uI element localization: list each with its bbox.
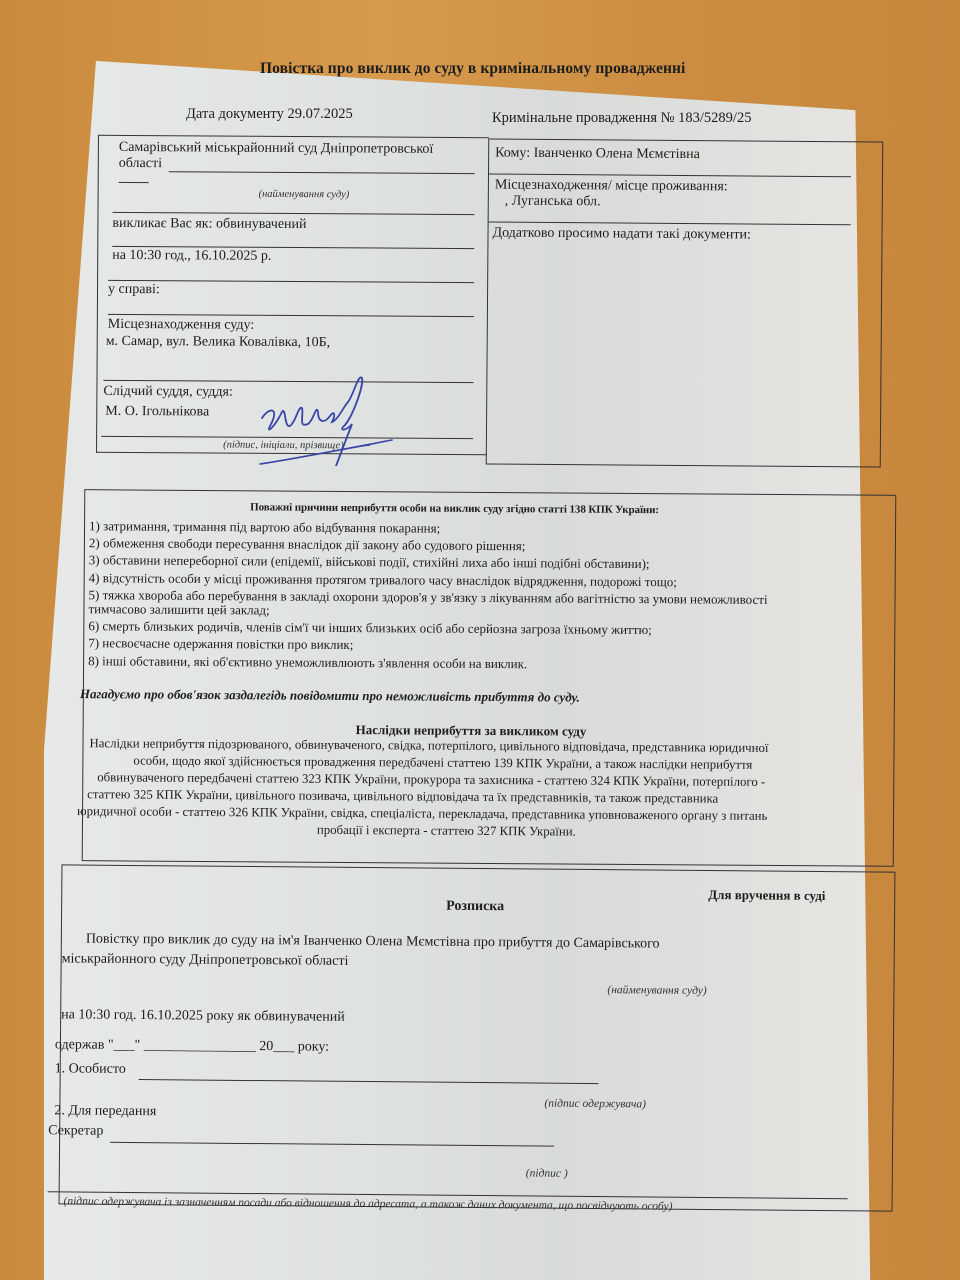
secretary-signature-caption: (підпис ): [526, 1167, 568, 1179]
consequences-heading: Наслідки неприбуття за викликом суду: [356, 722, 587, 740]
reason-item: 7) несвоєчасне одержання повістки про ви…: [88, 635, 353, 653]
residence-label: Місцезнаходження/ місце проживання:: [495, 178, 728, 196]
court-location-value: м. Самар, вул. Велика Ковалівка, 10Б,: [106, 334, 331, 351]
consequences-line: особи, щодо якої здійснюється провадженн…: [133, 754, 752, 773]
case-number: Кримінальне провадження № 183/5289/25: [492, 110, 751, 127]
receipt-court-caption: (найменування суду): [607, 984, 706, 997]
for-court-label: Для вручення в суді: [708, 887, 825, 904]
consequences-line: юридичної особи - статтею 326 КПК Україн…: [77, 804, 767, 824]
reason-item: тимчасово залишити цей заклад;: [88, 601, 269, 618]
court-name-line1: Самарівський міськрайонний суд Дніпропет…: [119, 140, 434, 158]
personally-signature-line[interactable]: [139, 1079, 599, 1084]
judge-name: М. О. Ігольнікова: [105, 404, 209, 421]
personally-label: 1. Особисто: [55, 1061, 126, 1078]
court-name-line2: області: [119, 156, 162, 172]
court-name-caption: (найменування суду): [259, 189, 350, 201]
documents-label: Додатково просимо надати такі документи:: [492, 225, 750, 243]
reason-item: 3) обставини непереборної сили (епідемії…: [89, 552, 650, 572]
reasons-heading: Поважні причини неприбуття особи на викл…: [250, 501, 659, 516]
judge-label: Слідчий суддя, суддя:: [103, 384, 233, 401]
receipt-box: Для вручення в суді Розписка Повістку пр…: [59, 864, 896, 1211]
receipt-line1: Повістку про виклик до суду на ім'я Іван…: [86, 932, 660, 953]
judge-signature-icon: [240, 366, 400, 466]
receipt-datetime: на 10:30 год. 16.10.2025 року як обвинув…: [61, 1007, 345, 1025]
for-transfer-label: 2. Для передання: [54, 1103, 156, 1120]
reason-item: 8) інші обставини, які об'єктивно унемож…: [88, 653, 527, 672]
consequences-line: пробації і експерта - статтею 327 КПК Ук…: [317, 823, 576, 840]
receipt-line2: міськрайонного суду Дніпропетровської об…: [62, 951, 349, 970]
secretary-signature-line[interactable]: [110, 1142, 554, 1147]
document-title: Повістка про виклик до суду в кримінальн…: [260, 60, 685, 78]
secretary-label: Секретар: [48, 1123, 103, 1139]
residence-value: , Луганська обл.: [505, 194, 601, 211]
recipient-name: Кому: Іванченко Олена Мємєтівна: [495, 146, 700, 164]
recipient-signature-caption: (підпис одержувача): [544, 1098, 646, 1111]
received-date-field[interactable]: одержав "___" ________________ 20___ рок…: [55, 1037, 329, 1055]
recipient-box: Кому: Іванченко Олена Мємєтівна Місцезна…: [486, 138, 884, 467]
court-location-label: Місцезнаходження суду:: [108, 317, 255, 334]
consequences-line: статтею 325 КПК України, цивільного пози…: [87, 787, 718, 806]
reason-item: 1) затримання, тримання під вартою або в…: [89, 518, 440, 536]
reasons-box: Поважні причини неприбуття особи на викл…: [82, 489, 897, 867]
in-case-label: у справі:: [108, 282, 160, 298]
receipt-heading: Розписка: [446, 899, 504, 916]
reminder: Нагадуємо про обов'язок заздалегідь пові…: [80, 686, 580, 705]
document-date: Дата документу 29.07.2025: [186, 106, 353, 123]
appearance-datetime: на 10:30 год., 16.10.2025 р.: [112, 248, 271, 265]
reason-item: 2) обмеження свободи пересування внаслід…: [89, 535, 526, 554]
calls-as: викликає Вас як: обвинувачений: [112, 216, 306, 233]
